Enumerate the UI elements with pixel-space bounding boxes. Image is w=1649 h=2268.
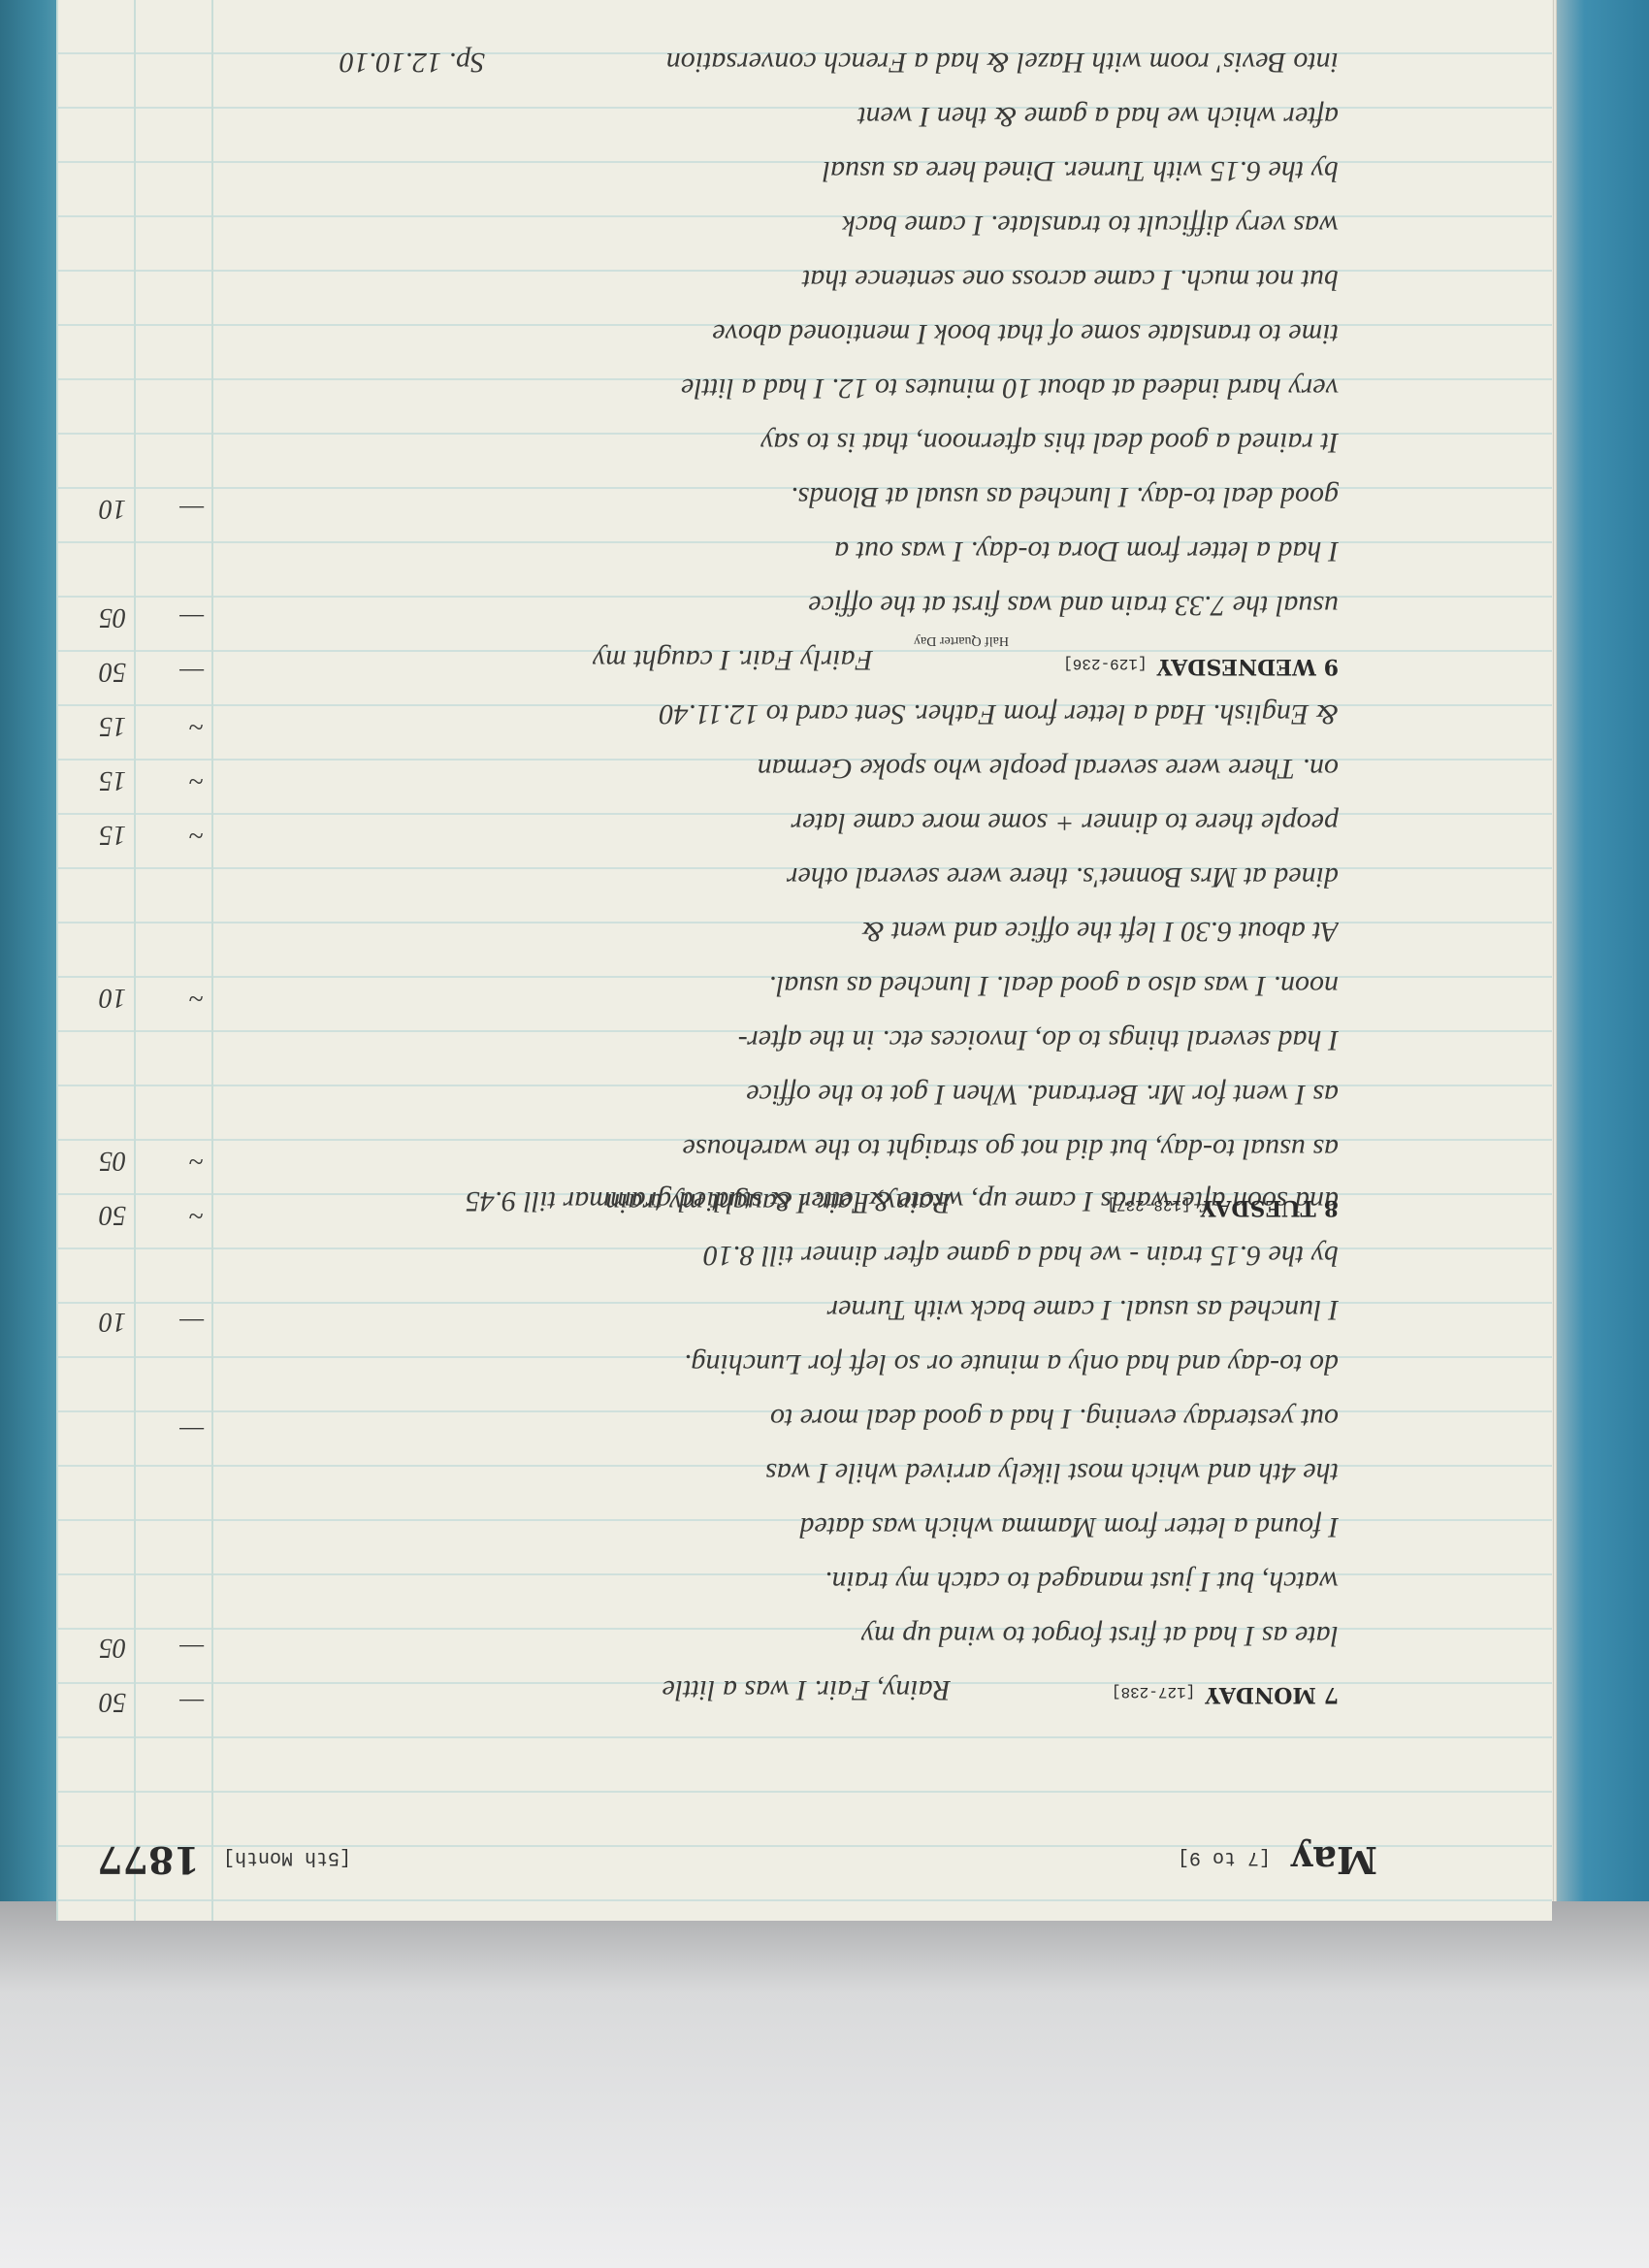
entry-line: I had several things to do, Invoices etc… [272,1013,1339,1067]
day-heading-monday: 7MONDAY[127-238] [1112,1682,1339,1707]
book-cover-edge-right [1557,0,1649,1901]
entry-line: but not much. I came across one sentence… [272,252,1339,307]
entry-line: as usual to-day, but did not go straight… [272,1121,1339,1176]
entry-line: I had a letter from Dora to-day. I was o… [272,524,1339,578]
entry-line: out yesterday evening. I had a good deal… [272,1391,1339,1445]
year: 1877 [97,1838,200,1882]
half-quarter-day-note: Half Quarter Day [914,632,1009,648]
entry-line: the 4th and which most likely arrived wh… [272,1445,1339,1500]
day-heading-tuesday: 8TUESDAY[128-237] [1107,1195,1339,1220]
entry-line: usual the 7.33 train and was first at th… [272,578,1339,632]
diary-page: May [7 to 9] [5th Month] 1877 7MONDAY[12… [58,0,1552,1921]
entry-line: Fairly Fair. I caught my [272,632,873,687]
entry-line: Rainy, Fair. I caught my train [272,1176,951,1230]
entry-line: people there to dinner + some more came … [272,795,1339,850]
wednesday-entry: usual the 7.33 train and was first at th… [272,35,1339,632]
entry-line: It rained a good deal this afternoon, th… [272,415,1339,470]
day-heading-wednesday: 9WEDNESDAY[129-236] [1063,654,1339,679]
entry-line: time to translate some of that book I me… [272,307,1339,361]
entry-line: & English. Had a letter from Father. Sen… [272,687,1339,741]
entry-line: was very difficult to translate. I came … [272,198,1339,252]
month-number-label: [5th Month] [223,1846,351,1868]
ruled-column-line [134,0,136,1921]
entry-line: on. There were several people who spoke … [272,741,1339,795]
entry-line: by the 6.15 with Turner. Dined here as u… [272,144,1339,198]
entry-line: watch, but I just managed to catch my tr… [272,1554,1339,1608]
entry-line: good deal to-day. I lunched as usual at … [272,470,1339,524]
tuesday-entry: as usual to-day, but did not go straight… [272,687,1339,1176]
entry-line: At about 6.30 I left the office and went… [272,904,1339,958]
entry-line: dined at Mrs Bonnet's. there were severa… [272,850,1339,904]
entry-line: Rainy, Fair. I was a little [272,1663,951,1717]
entry-line: after which we had a game & then I went [272,89,1339,144]
entry-line: I lunched as usual. I came back with Tur… [272,1282,1339,1337]
ruled-column-line [56,0,58,1921]
entry-line: do to-day and had only a minute or so le… [272,1337,1339,1391]
entry-line: by the 6.15 train - we had a game after … [272,1228,1339,1282]
page-header: May [7 to 9] [5th Month] 1877 [97,1824,1494,1882]
scan-background [0,1901,1649,2268]
date-range: [7 to 9] [1178,1846,1271,1868]
entry-line: noon. I was also a good deal. I lunched … [272,958,1339,1013]
entry-line: as I went for Mr. Bertrand. When I got t… [272,1067,1339,1121]
monday-entry: late as I had at first forgot to wind up… [272,1174,1339,1663]
entry-line: very hard indeed at about 10 minutes to … [272,361,1339,415]
ruled-column-line [211,0,213,1921]
entry-line: I found a letter from Mamma which was da… [272,1500,1339,1554]
entry-line: late as I had at first forgot to wind up… [272,1608,1339,1663]
end-note: Sp. 12.10.10 [242,35,485,89]
month-title: May [1291,1838,1377,1882]
